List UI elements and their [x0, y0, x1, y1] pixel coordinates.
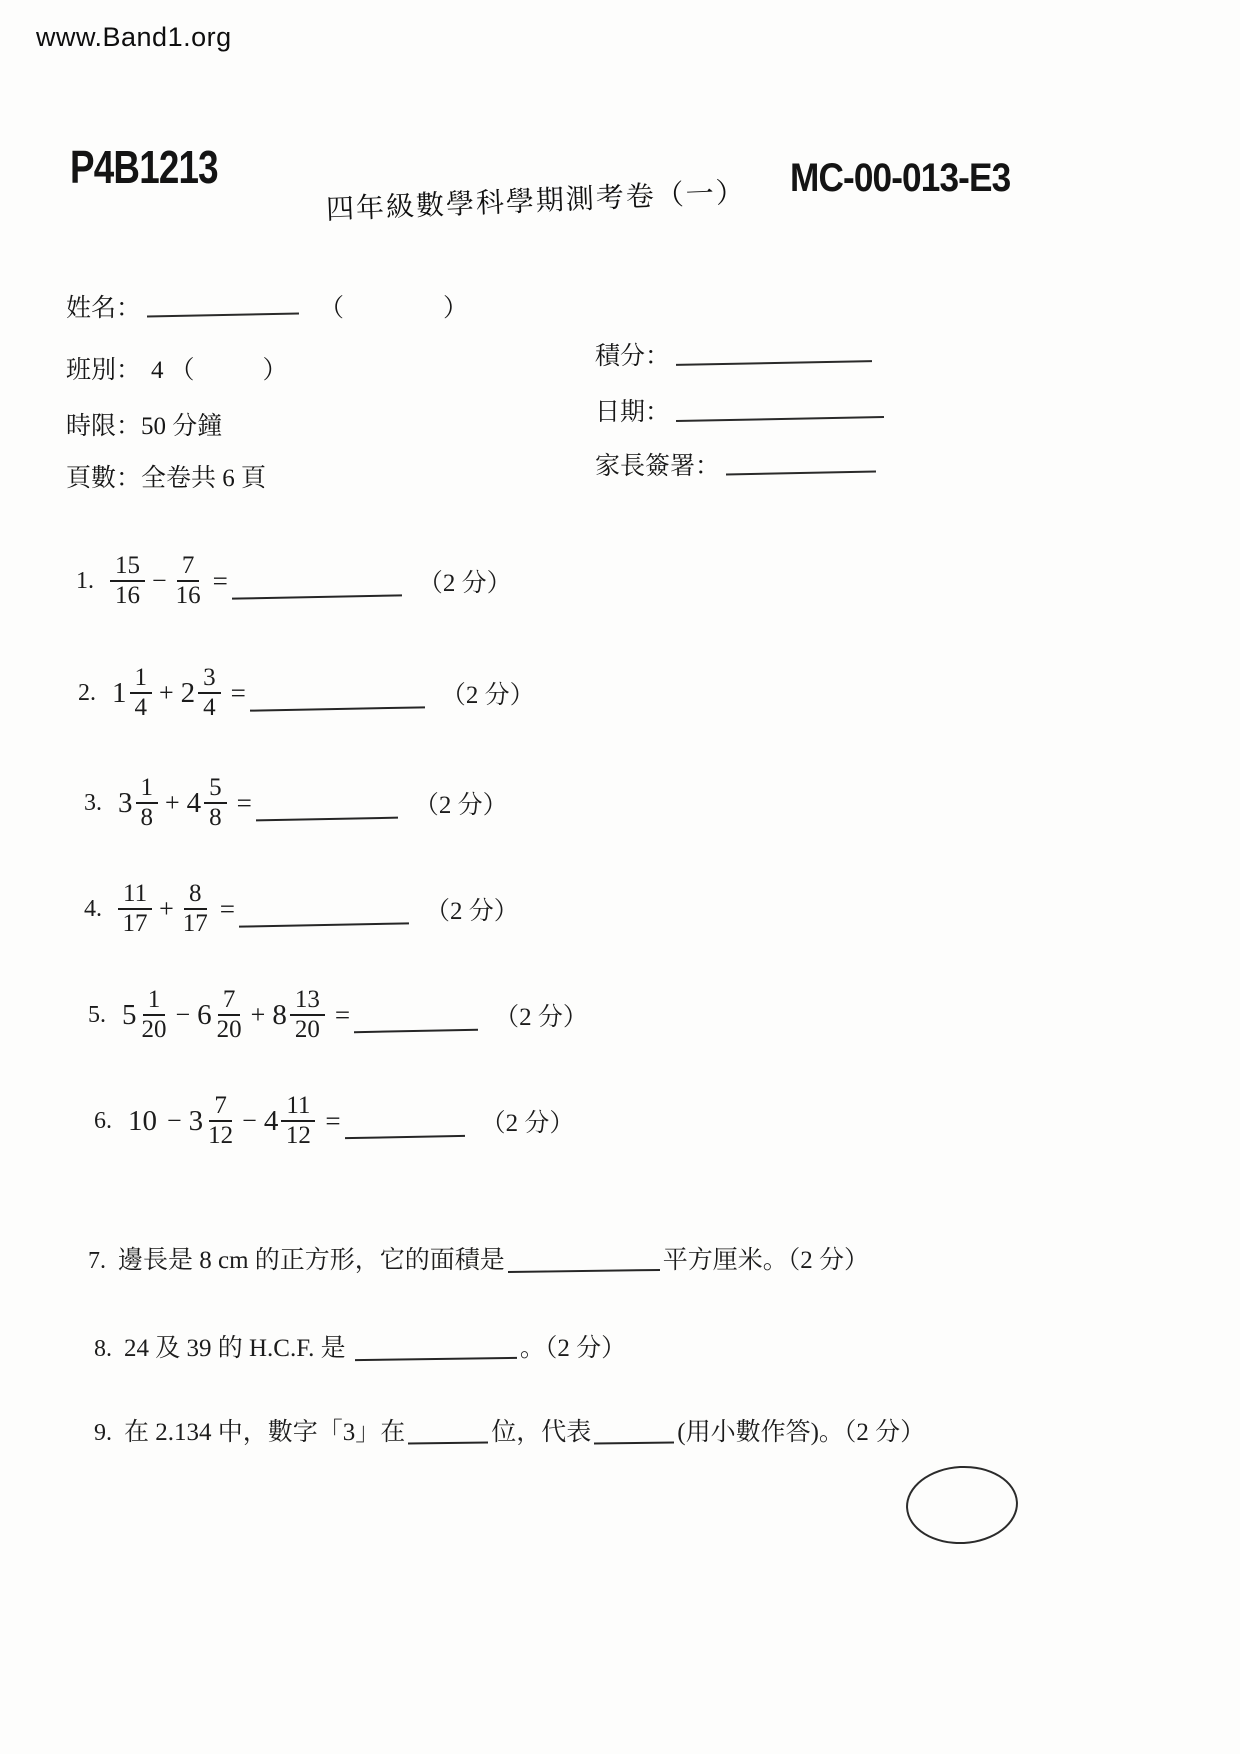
equals-sign: =	[325, 1106, 340, 1137]
question-number: 2.	[78, 680, 96, 707]
marks-label: （2 分）	[494, 997, 588, 1033]
numerator: 11	[281, 1092, 315, 1122]
time-value: 50 分鐘	[141, 406, 222, 442]
question-number: 6.	[94, 1108, 112, 1135]
fraction: 716	[174, 552, 203, 610]
whole-number: 3	[189, 1105, 204, 1138]
operator: −	[152, 566, 167, 596]
numerator: 11	[118, 880, 152, 910]
equals-sign: =	[237, 788, 252, 819]
answer-blank	[239, 922, 409, 927]
hand-drawn-grade-circle	[904, 1463, 1020, 1547]
mixed-number: 6720	[197, 986, 244, 1044]
fraction: 817	[181, 880, 210, 938]
denominator: 20	[215, 1016, 244, 1044]
mixed-number: 81320	[272, 986, 325, 1044]
scanned-exam-page: www.Band1.org P4B1213 MC-00-013-E3 四年級數學…	[0, 0, 1240, 1754]
question-row: 7.邊長是 8 cm 的正方形，它的面積是平方厘米。（2 分）	[88, 1240, 869, 1276]
question-row: 2.114+234=（2 分）	[78, 664, 535, 722]
whole-number: 1	[112, 677, 127, 710]
question-text: 平方厘米。（2 分）	[663, 1247, 869, 1274]
time-label: 時限：	[66, 406, 141, 442]
answer-blank	[256, 817, 398, 822]
numerator: 1	[130, 664, 153, 694]
denominator: 8	[139, 804, 156, 832]
denominator: 16	[113, 582, 142, 610]
whole-number: 6	[197, 999, 212, 1032]
equals-sign: =	[220, 894, 235, 925]
question-text: 。（2 分）	[520, 1335, 626, 1362]
fraction: 34	[198, 664, 221, 722]
operator: −	[242, 1106, 257, 1136]
question-row: 8.24 及 39 的 H.C.F. 是 。（2 分）	[94, 1328, 626, 1364]
numerator: 8	[184, 880, 207, 910]
question-text: 邊長是 8 cm 的正方形，它的面積是	[118, 1247, 505, 1274]
numerator: 7	[177, 552, 200, 582]
denominator: 20	[140, 1016, 169, 1044]
numerator: 1	[143, 986, 166, 1016]
answer-blank	[408, 1441, 488, 1444]
whole-number: 3	[118, 787, 133, 820]
fraction: 18	[136, 774, 159, 832]
name-row: 姓名： （ ）	[66, 288, 474, 324]
name-number-paren: （ ）	[319, 288, 474, 324]
question-row: 6.10−3712−41112=（2 分）	[94, 1092, 574, 1150]
answer-blank	[355, 1357, 517, 1361]
whole-number: 2	[181, 677, 196, 710]
numerator: 13	[290, 986, 325, 1016]
numerator: 7	[209, 1092, 232, 1122]
expression: 1516−716=	[110, 552, 232, 610]
mixed-number: 318	[118, 774, 158, 832]
parent-sign-label: 家長簽署：	[595, 446, 720, 482]
whole-number: 8	[272, 999, 287, 1032]
pages-value: 全卷共 6 頁	[141, 458, 266, 494]
denominator: 4	[133, 694, 150, 722]
marks-label: （2 分）	[481, 1103, 575, 1139]
denominator: 17	[181, 910, 210, 938]
class-label: 班別：	[66, 350, 141, 386]
site-watermark: www.Band1.org	[36, 22, 232, 53]
answer-blank	[354, 1029, 478, 1033]
mixed-number: 3712	[189, 1092, 236, 1150]
time-row: 時限： 50 分鐘	[66, 406, 222, 442]
question-row: 4.1117+817=（2 分）	[84, 880, 519, 938]
denominator: 20	[293, 1016, 322, 1044]
question-number: 4.	[84, 896, 102, 923]
expression: 5120−6720+81320=	[122, 986, 354, 1044]
question-row: 1.1516−716=（2 分）	[76, 552, 512, 610]
mixed-number: 458	[187, 774, 227, 832]
denominator: 17	[121, 910, 150, 938]
operator: +	[251, 1000, 266, 1030]
expression: 114+234=	[112, 664, 250, 722]
integer: 10	[128, 1105, 157, 1138]
question-number: 8.	[94, 1336, 112, 1362]
whole-number: 4	[264, 1105, 279, 1138]
numerator: 3	[198, 664, 221, 694]
form-code: MC-00-013-E3	[790, 156, 1010, 201]
mixed-number: 41112	[264, 1092, 316, 1150]
question-number: 5.	[88, 1002, 106, 1029]
mixed-number: 5120	[122, 986, 169, 1044]
name-blank-line	[147, 313, 299, 318]
denominator: 12	[284, 1122, 313, 1150]
numerator: 7	[218, 986, 241, 1016]
paper-title: 四年級數學科學期測考卷（一）	[325, 170, 746, 228]
question-text: 位，代表	[491, 1419, 591, 1446]
fraction: 58	[204, 774, 227, 832]
equals-sign: =	[335, 1000, 350, 1031]
marks-label: （2 分）	[414, 785, 508, 821]
score-blank-line	[676, 360, 872, 366]
numerator: 15	[110, 552, 145, 582]
marks-label: （2 分）	[425, 891, 519, 927]
fraction: 720	[215, 986, 244, 1044]
mixed-number: 234	[181, 664, 221, 722]
denominator: 16	[174, 582, 203, 610]
fraction: 1112	[281, 1092, 315, 1150]
score-label: 積分：	[595, 336, 670, 372]
operator: +	[159, 894, 174, 924]
equals-sign: =	[231, 678, 246, 709]
pages-label: 頁數：	[66, 458, 141, 494]
expression: 318+458=	[118, 774, 256, 832]
denominator: 8	[207, 804, 224, 832]
pages-row: 頁數： 全卷共 6 頁	[66, 458, 266, 494]
numerator: 1	[136, 774, 159, 804]
whole-number: 4	[187, 787, 202, 820]
marks-label: （2 分）	[418, 563, 512, 599]
answer-blank	[345, 1135, 465, 1139]
date-row: 日期：	[595, 392, 890, 428]
name-label: 姓名：	[66, 288, 141, 324]
question-text: 24 及 39 的 H.C.F. 是	[124, 1335, 352, 1362]
paper-code: P4B1213	[70, 140, 218, 194]
parent-sign-row: 家長簽署：	[595, 446, 882, 482]
date-blank-line	[676, 416, 884, 422]
operator: +	[159, 678, 174, 708]
marks-label: （2 分）	[441, 675, 535, 711]
answer-blank	[508, 1269, 660, 1273]
class-value: 4（ ）	[151, 350, 294, 386]
question-row: 9.在 2.134 中，數字「3」在位，代表(用小數作答)。（2 分）	[94, 1412, 925, 1448]
class-row: 班別： 4（ ）	[66, 350, 294, 386]
question-text: 在 2.134 中，數字「3」在	[124, 1419, 405, 1446]
question-row: 5.5120−6720+81320=（2 分）	[88, 986, 588, 1044]
whole-number: 5	[122, 999, 137, 1032]
answer-blank	[232, 594, 402, 599]
date-label: 日期：	[595, 392, 670, 428]
fraction: 712	[206, 1092, 235, 1150]
fraction: 14	[130, 664, 153, 722]
fraction: 1320	[290, 986, 325, 1044]
question-number: 3.	[84, 790, 102, 817]
question-number: 1.	[76, 568, 94, 595]
parent-sign-blank-line	[726, 471, 876, 476]
fraction: 1516	[110, 552, 145, 610]
denominator: 4	[201, 694, 218, 722]
fraction: 1117	[118, 880, 152, 938]
mixed-number: 114	[112, 664, 152, 722]
fraction: 120	[140, 986, 169, 1044]
question-number: 9.	[94, 1420, 112, 1446]
operator: +	[165, 788, 180, 818]
score-row: 積分：	[595, 336, 878, 372]
numerator: 5	[204, 774, 227, 804]
equals-sign: =	[213, 566, 228, 597]
answer-blank	[594, 1441, 674, 1444]
question-row: 3.318+458=（2 分）	[84, 774, 508, 832]
operator: −	[176, 1000, 191, 1030]
answer-blank	[250, 706, 425, 711]
operator: −	[167, 1106, 182, 1136]
question-text: (用小數作答)。（2 分）	[677, 1419, 925, 1446]
expression: 1117+817=	[118, 880, 239, 938]
denominator: 12	[206, 1122, 235, 1150]
question-number: 7.	[88, 1248, 106, 1274]
expression: 10−3712−41112=	[128, 1092, 345, 1150]
